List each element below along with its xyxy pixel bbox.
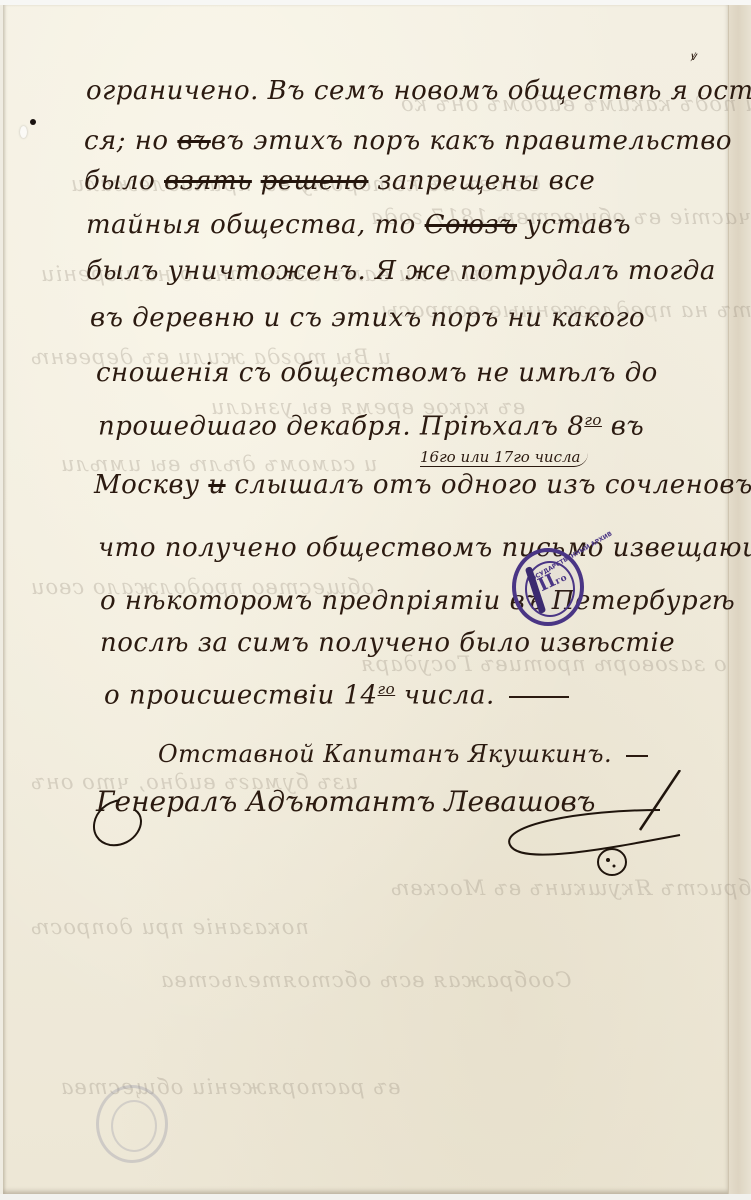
bleed-through-text: Соображая всѣ обстоятельства bbox=[160, 968, 572, 992]
ink-blot bbox=[30, 119, 36, 125]
manuscript-line-11: о нѣкоторомъ предпріятіи въ Петербургѣ bbox=[100, 588, 735, 614]
struck-word: взять bbox=[164, 166, 252, 196]
manuscript-line-9: Москву и слышалъ отъ одного изъ сочленов… bbox=[94, 472, 751, 498]
manuscript-line-12: послѣ за симъ получено было извѣстіе bbox=[100, 630, 675, 656]
struck-word: Союзъ bbox=[425, 210, 517, 240]
manuscript-line-7: сношенія съ обществомъ не имѣлъ до bbox=[96, 360, 658, 386]
struck-word: решено bbox=[261, 166, 369, 196]
struck-word: въ bbox=[177, 126, 210, 156]
manuscript-line-5: былъ уничтоженъ. Я же потрудалъ тогда bbox=[86, 258, 716, 284]
manuscript-line-4: тайныя общества, то Союзъ уставъ bbox=[86, 212, 631, 238]
signature-flourish-icon bbox=[80, 770, 700, 880]
signature-witness: Отставной Капитанъ Якушкинъ. bbox=[158, 742, 648, 766]
manuscript-line-1: ограничено. Въ семъ новомъ обществѣ я ос… bbox=[86, 78, 751, 104]
struck-word: и bbox=[208, 470, 225, 500]
bleed-through-stamp bbox=[96, 1085, 168, 1163]
binding-hole bbox=[20, 126, 27, 138]
manuscript-scan: Вопр. и подъ какимъ видомъ онъ ко Союзъ … bbox=[0, 0, 751, 1200]
closing-dash bbox=[509, 696, 569, 698]
interlinear-insertion: 16го или 17го числа bbox=[420, 448, 588, 467]
bleed-through-text: показаніе при допросѣ bbox=[30, 915, 309, 939]
corner-pencil-mark: ꝟ bbox=[690, 50, 697, 62]
manuscript-line-13: о происшествіи 14го числа. bbox=[104, 682, 569, 709]
manuscript-line-8: прошедшаго декабря. Пріѣхалъ 8го въ bbox=[98, 413, 644, 440]
manuscript-line-6: въ деревню и съ этихъ поръ ни какого bbox=[90, 305, 645, 331]
archive-stamp: ГОСУДАРСТВЕННЫЙ АРХИВ IIго bbox=[512, 548, 584, 626]
manuscript-line-2: ся; но въвъ этихъ поръ какъ правительств… bbox=[84, 128, 732, 154]
scan-bottom-margin bbox=[0, 1194, 751, 1200]
manuscript-line-10: что получено обществомъ письмо извещающе… bbox=[98, 535, 751, 561]
manuscript-line-3: было взять решено запрещены все bbox=[84, 168, 595, 194]
